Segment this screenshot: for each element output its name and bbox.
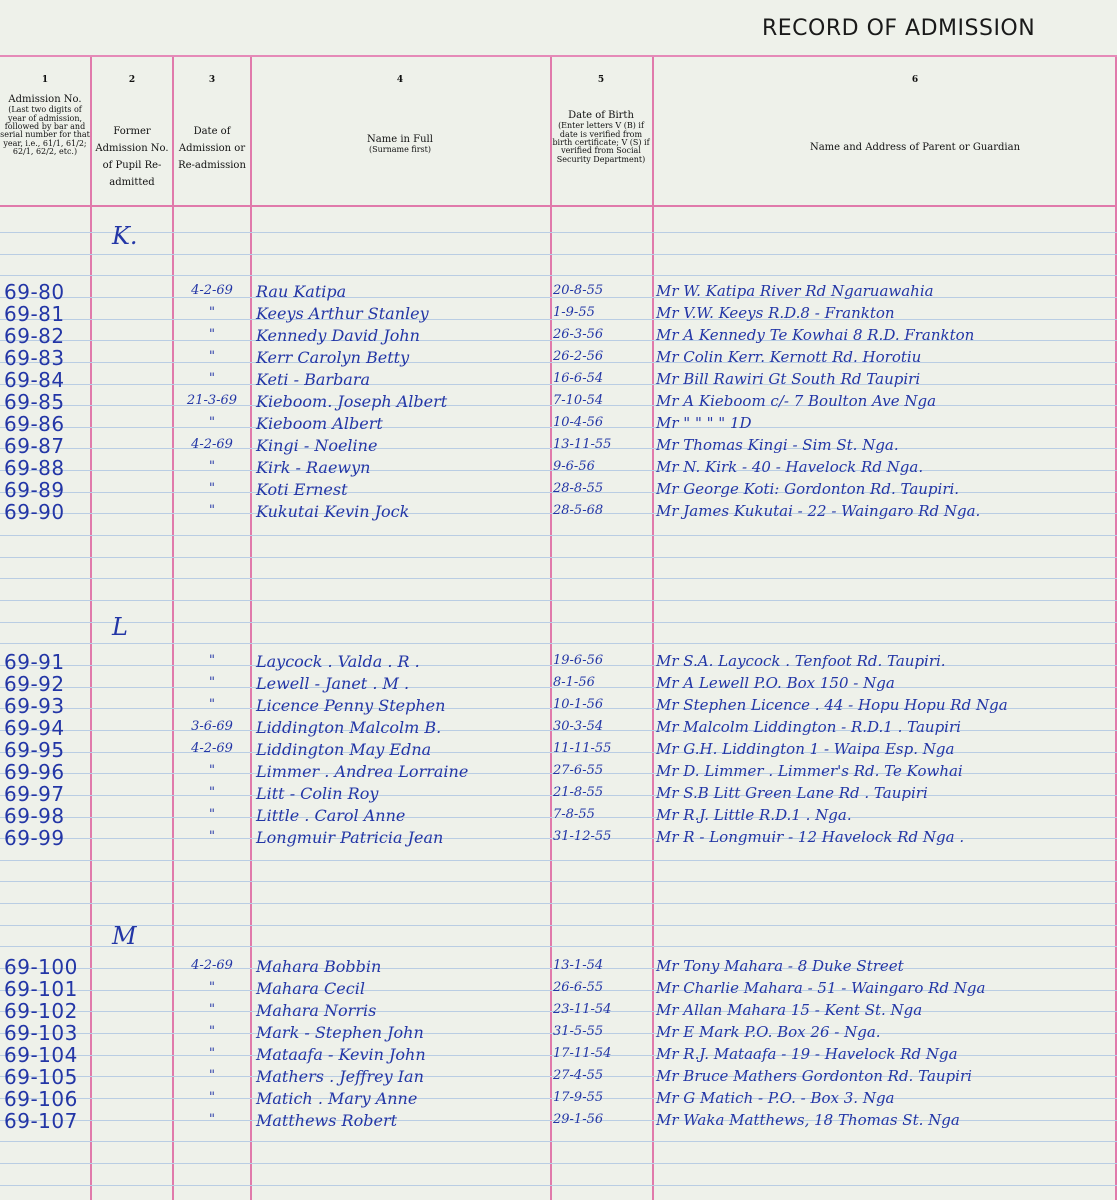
- admission-date: ": [176, 415, 248, 430]
- date-of-birth: 30-3-54: [553, 719, 603, 734]
- column-divider: [652, 57, 654, 1200]
- header-admission-no: 1 Admission No. (Last two digits of year…: [0, 76, 90, 157]
- date-of-birth: 27-6-55: [553, 763, 603, 778]
- parent-guardian: Mr Colin Kerr. Kernott Rd. Horotiu: [656, 348, 921, 366]
- parent-guardian: Mr Stephen Licence . 44 - Hopu Hopu Rd N…: [656, 696, 1008, 714]
- pupil-name: Laycock . Valda . R .: [256, 652, 420, 671]
- parent-guardian: Mr S.A. Laycock . Tenfoot Rd. Taupiri.: [656, 652, 946, 670]
- admission-date: 4-2-69: [176, 437, 248, 452]
- date-of-birth: 7-8-55: [553, 807, 595, 822]
- parent-guardian: Mr R.J. Little R.D.1 . Nga.: [656, 806, 852, 824]
- pupil-name: Licence Penny Stephen: [256, 696, 445, 715]
- date-of-birth: 31-12-55: [553, 829, 611, 844]
- date-of-birth: 9-6-56: [553, 459, 595, 474]
- admission-number: 69-82: [4, 324, 65, 348]
- date-of-birth: 23-11-54: [553, 1002, 611, 1017]
- ruled-line: [0, 622, 1117, 623]
- pupil-name: Mahara Bobbin: [256, 957, 381, 976]
- admission-date: ": [176, 503, 248, 518]
- ruled-line: [0, 275, 1117, 276]
- admission-date: ": [176, 1112, 248, 1127]
- admission-number: 69-100: [4, 955, 78, 979]
- parent-guardian: Mr G Matich - P.O. - Box 3. Nga: [656, 1089, 894, 1107]
- admission-number: 69-99: [4, 826, 65, 850]
- date-of-birth: 20-8-55: [553, 283, 603, 298]
- admission-date: ": [176, 785, 248, 800]
- column-divider: [90, 57, 92, 1200]
- parent-guardian: Mr W. Katipa River Rd Ngaruawahia: [656, 282, 934, 300]
- pupil-name: Kingi - Noeline: [256, 436, 377, 455]
- admission-number: 69-91: [4, 650, 65, 674]
- pupil-name: Rau Katipa: [256, 282, 346, 301]
- parent-guardian: Mr Bill Rawiri Gt South Rd Taupiri: [656, 370, 920, 388]
- date-of-birth: 27-4-55: [553, 1068, 603, 1083]
- date-of-birth: 10-1-56: [553, 697, 603, 712]
- pupil-name: Little . Carol Anne: [256, 806, 405, 825]
- header-former-admission: 2 Former Admission No. of Pupil Re-admit…: [92, 76, 172, 189]
- admission-number: 69-85: [4, 390, 65, 414]
- pupil-name: Kieboom Albert: [256, 414, 383, 433]
- admission-number: 69-101: [4, 977, 78, 1001]
- admission-date: 3-6-69: [176, 719, 248, 734]
- admission-number: 69-106: [4, 1087, 78, 1111]
- admission-date: ": [176, 1002, 248, 1017]
- pupil-name: Longmuir Patricia Jean: [256, 828, 443, 847]
- date-of-birth: 26-3-56: [553, 327, 603, 342]
- admission-date: ": [176, 371, 248, 386]
- admission-date: ": [176, 1090, 248, 1105]
- date-of-birth: 19-6-56: [553, 653, 603, 668]
- pupil-name: Mahara Cecil: [256, 979, 365, 998]
- pupil-name: Liddington Malcolm B.: [256, 718, 441, 737]
- pupil-name: Mahara Norris: [256, 1001, 376, 1020]
- admission-number: 69-86: [4, 412, 65, 436]
- admission-number: 69-84: [4, 368, 65, 392]
- admission-number: 69-94: [4, 716, 65, 740]
- pupil-name: Keeys Arthur Stanley: [256, 304, 429, 323]
- date-of-birth: 7-10-54: [553, 393, 603, 408]
- admission-number: 69-104: [4, 1043, 78, 1067]
- pupil-name: Koti Ernest: [256, 480, 348, 499]
- pupil-name: Matthews Robert: [256, 1111, 397, 1130]
- parent-guardian: Mr N. Kirk - 40 - Havelock Rd Nga.: [656, 458, 923, 476]
- column-divider: [550, 57, 552, 1200]
- pupil-name: Keti - Barbara: [256, 370, 370, 389]
- date-of-birth: 29-1-56: [553, 1112, 603, 1127]
- date-of-birth: 13-1-54: [553, 958, 603, 973]
- header-date-of-birth: 5 Date of Birth (Enter letters V (B) if …: [552, 76, 650, 164]
- date-of-birth: 31-5-55: [553, 1024, 603, 1039]
- admission-number: 69-90: [4, 500, 65, 524]
- parent-guardian: Mr Tony Mahara - 8 Duke Street: [656, 957, 904, 975]
- column-divider: [250, 57, 252, 1200]
- admission-date: ": [176, 481, 248, 496]
- date-of-birth: 16-6-54: [553, 371, 603, 386]
- parent-guardian: Mr Allan Mahara 15 - Kent St. Nga: [656, 1001, 922, 1019]
- admission-number: 69-87: [4, 434, 65, 458]
- admission-number: 69-80: [4, 280, 65, 304]
- date-of-birth: 26-6-55: [553, 980, 603, 995]
- admission-date: ": [176, 675, 248, 690]
- admission-date: ": [176, 459, 248, 474]
- date-of-birth: 21-8-55: [553, 785, 603, 800]
- section-letter: K.: [112, 222, 138, 250]
- admission-date: ": [176, 829, 248, 844]
- admission-date: ": [176, 1068, 248, 1083]
- page-title: RECORD OF ADMISSION: [762, 16, 1035, 41]
- pupil-name: Limmer . Andrea Lorraine: [256, 762, 468, 781]
- admission-number: 69-95: [4, 738, 65, 762]
- pupil-name: Mark - Stephen John: [256, 1023, 424, 1042]
- ruled-line: [0, 232, 1117, 233]
- date-of-birth: 13-11-55: [553, 437, 611, 452]
- ruled-line: [0, 254, 1117, 255]
- admission-date: ": [176, 1024, 248, 1039]
- parent-guardian: Mr Bruce Mathers Gordonton Rd. Taupiri: [656, 1067, 972, 1085]
- admission-date: ": [176, 653, 248, 668]
- top-rule: [0, 55, 1117, 57]
- parent-guardian: Mr " " " " 1D: [656, 414, 752, 432]
- admission-date: ": [176, 763, 248, 778]
- header-name-in-full: 4 Name in Full (Surname first): [340, 76, 460, 155]
- admission-date: 4-2-69: [176, 283, 248, 298]
- admission-number: 69-92: [4, 672, 65, 696]
- admission-number: 69-107: [4, 1109, 78, 1133]
- date-of-birth: 8-1-56: [553, 675, 595, 690]
- ruled-line: [0, 557, 1117, 558]
- admission-number: 69-88: [4, 456, 65, 480]
- pupil-name: Kerr Carolyn Betty: [256, 348, 409, 367]
- admission-number: 69-89: [4, 478, 65, 502]
- parent-guardian: Mr S.B Litt Green Lane Rd . Taupiri: [656, 784, 928, 802]
- date-of-birth: 17-11-54: [553, 1046, 611, 1061]
- pupil-name: Matich . Mary Anne: [256, 1089, 417, 1108]
- parent-guardian: Mr A Lewell P.O. Box 150 - Nga: [656, 674, 895, 692]
- ruled-line: [0, 643, 1117, 644]
- section-letter: L: [112, 613, 128, 641]
- admission-number: 69-96: [4, 760, 65, 784]
- admission-number: 69-102: [4, 999, 78, 1023]
- parent-guardian: Mr R - Longmuir - 12 Havelock Rd Nga .: [656, 828, 964, 846]
- date-of-birth: 17-9-55: [553, 1090, 603, 1105]
- pupil-name: Kirk - Raewyn: [256, 458, 370, 477]
- pupil-name: Kukutai Kevin Jock: [256, 502, 409, 521]
- admission-date: 4-2-69: [176, 741, 248, 756]
- ruled-line: [0, 946, 1117, 947]
- ruled-line: [0, 600, 1117, 601]
- pupil-name: Lewell - Janet . M .: [256, 674, 409, 693]
- section-letter: M: [112, 922, 137, 950]
- admission-date: ": [176, 327, 248, 342]
- admission-number: 69-81: [4, 302, 65, 326]
- date-of-birth: 10-4-56: [553, 415, 603, 430]
- ruled-line: [0, 1163, 1117, 1164]
- parent-guardian: Mr A Kieboom c/- 7 Boulton Ave Nga: [656, 392, 936, 410]
- pupil-name: Kennedy David John: [256, 326, 420, 345]
- column-divider: [172, 57, 174, 1200]
- parent-guardian: Mr G.H. Liddington 1 - Waipa Esp. Nga: [656, 740, 954, 758]
- date-of-birth: 1-9-55: [553, 305, 595, 320]
- ruled-line: [0, 578, 1117, 579]
- parent-guardian: Mr R.J. Mataafa - 19 - Havelock Rd Nga: [656, 1045, 958, 1063]
- parent-guardian: Mr Charlie Mahara - 51 - Waingaro Rd Nga: [656, 979, 985, 997]
- header-rule: [0, 205, 1117, 207]
- parent-guardian: Mr D. Limmer . Limmer's Rd. Te Kowhai: [656, 762, 963, 780]
- column-divider: [1115, 57, 1117, 1200]
- pupil-name: Mathers . Jeffrey Ian: [256, 1067, 424, 1086]
- parent-guardian: Mr Thomas Kingi - Sim St. Nga.: [656, 436, 899, 454]
- pupil-name: Litt - Colin Roy: [256, 784, 378, 803]
- ruled-line: [0, 903, 1117, 904]
- ruled-line: [0, 535, 1117, 536]
- admission-date: ": [176, 305, 248, 320]
- admission-number: 69-98: [4, 804, 65, 828]
- admission-number: 69-103: [4, 1021, 78, 1045]
- ruled-line: [0, 1185, 1117, 1186]
- admission-date: ": [176, 807, 248, 822]
- parent-guardian: Mr A Kennedy Te Kowhai 8 R.D. Frankton: [656, 326, 974, 344]
- admission-date: 4-2-69: [176, 958, 248, 973]
- admission-number: 69-93: [4, 694, 65, 718]
- admission-number: 69-105: [4, 1065, 78, 1089]
- ruled-line: [0, 881, 1117, 882]
- admission-number: 69-83: [4, 346, 65, 370]
- date-of-birth: 28-5-68: [553, 503, 603, 518]
- parent-guardian: Mr George Koti: Gordonton Rd. Taupiri.: [656, 480, 959, 498]
- parent-guardian: Mr Waka Matthews, 18 Thomas St. Nga: [656, 1111, 960, 1129]
- admission-date: ": [176, 980, 248, 995]
- date-of-birth: 11-11-55: [553, 741, 611, 756]
- admission-date: 21-3-69: [176, 393, 248, 408]
- parent-guardian: Mr James Kukutai - 22 - Waingaro Rd Nga.: [656, 502, 980, 520]
- pupil-name: Liddington May Edna: [256, 740, 431, 759]
- ruled-line: [0, 860, 1117, 861]
- parent-guardian: Mr Malcolm Liddington - R.D.1 . Taupiri: [656, 718, 961, 736]
- pupil-name: Mataafa - Kevin John: [256, 1045, 426, 1064]
- admission-date: ": [176, 697, 248, 712]
- header-date-of-admission: 3 Date of Admission or Re-admission: [174, 76, 250, 172]
- ruled-line: [0, 925, 1117, 926]
- admission-date: ": [176, 1046, 248, 1061]
- parent-guardian: Mr V.W. Keeys R.D.8 - Frankton: [656, 304, 895, 322]
- header-parent-guardian: 6 Name and Address of Parent or Guardian: [780, 76, 1050, 154]
- date-of-birth: 28-8-55: [553, 481, 603, 496]
- admission-date: ": [176, 349, 248, 364]
- pupil-name: Kieboom. Joseph Albert: [256, 392, 447, 411]
- admission-number: 69-97: [4, 782, 65, 806]
- date-of-birth: 26-2-56: [553, 349, 603, 364]
- parent-guardian: Mr E Mark P.O. Box 26 - Nga.: [656, 1023, 881, 1041]
- ruled-line: [0, 1141, 1117, 1142]
